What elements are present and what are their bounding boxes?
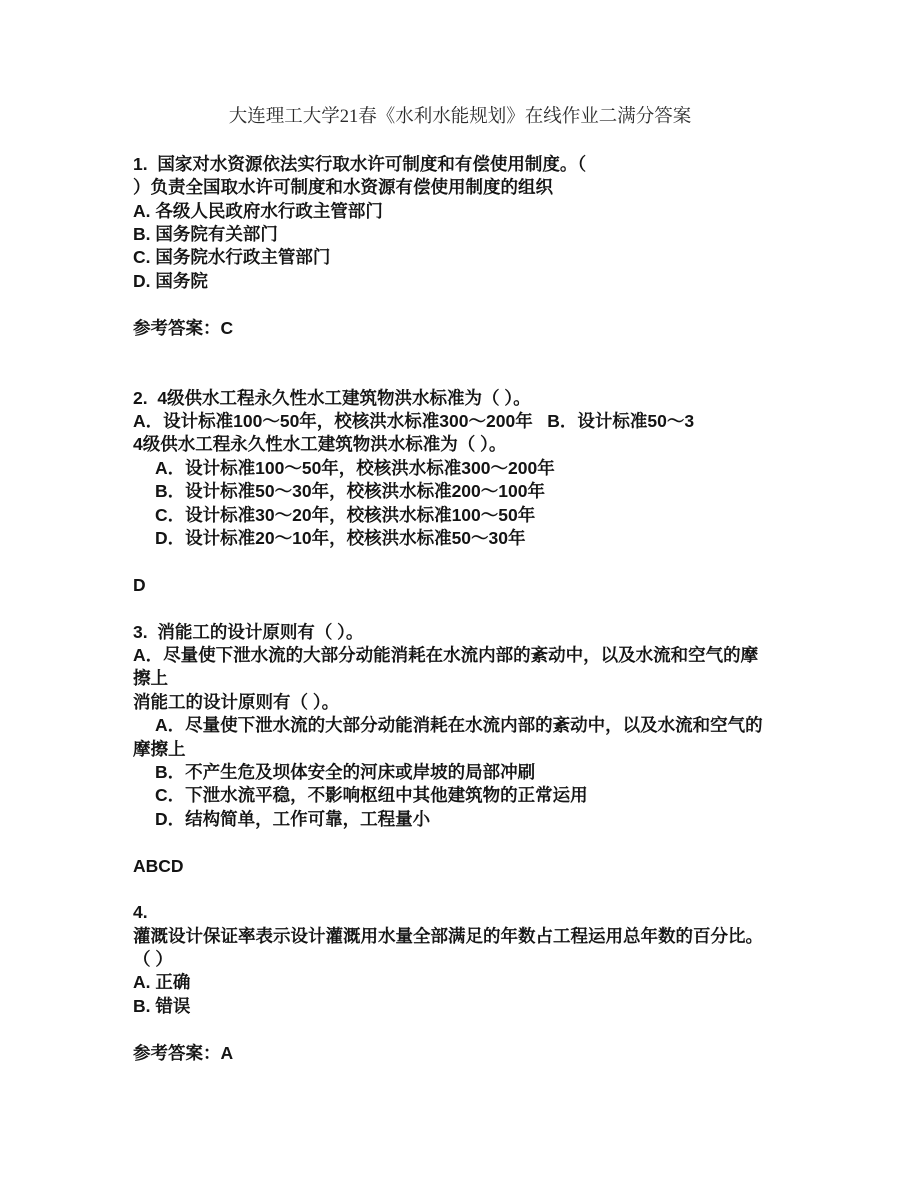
document-body: 1. 国家对水资源依法实行取水许可制度和有偿使用制度。（）负责全国取水许可制度和… xyxy=(0,153,920,1065)
text-line: A. 正确 xyxy=(133,971,830,994)
text-line: A．尽量使下泄水流的大部分动能消耗在水流内部的紊动中，以及水流和空气的 xyxy=(133,714,830,737)
text-line: C. 国务院水行政主管部门 xyxy=(133,246,830,269)
text-line: D xyxy=(133,574,830,597)
text-line: 4. xyxy=(133,901,830,924)
text-line: 4级供水工程永久性水工建筑物洪水标准为（ ）。 xyxy=(133,433,830,456)
text-line: A．设计标准100～50年，校核洪水标准300～200年 xyxy=(133,457,830,480)
text-line: （ ） xyxy=(133,948,830,971)
text-line: B．不产生危及坝体安全的河床或岸坡的局部冲刷 xyxy=(133,761,830,784)
document-title: 大连理工大学21春《水利水能规划》在线作业二满分答案 xyxy=(0,0,920,129)
text-line: B. 国务院有关部门 xyxy=(133,223,830,246)
text-line xyxy=(133,550,830,573)
text-line xyxy=(133,831,830,854)
text-line: 灌溉设计保证率表示设计灌溉用水量全部满足的年数占工程运用总年数的百分比。 xyxy=(133,925,830,948)
text-line: 参考答案：C xyxy=(133,317,830,340)
text-line: B. 错误 xyxy=(133,995,830,1018)
text-line: A. 各级人民政府水行政主管部门 xyxy=(133,200,830,223)
text-line: ）负责全国取水许可制度和水资源有偿使用制度的组织 xyxy=(133,176,830,199)
text-line xyxy=(133,1018,830,1041)
text-line: 2. 4级供水工程永久性水工建筑物洪水标准为（ ）。 xyxy=(133,387,830,410)
text-line xyxy=(133,878,830,901)
text-line xyxy=(133,340,830,363)
text-line: ABCD xyxy=(133,855,830,878)
document-page: 大连理工大学21春《水利水能规划》在线作业二满分答案 1. 国家对水资源依法实行… xyxy=(0,0,920,1191)
text-line xyxy=(133,293,830,316)
text-line: 3. 消能工的设计原则有（ ）。 xyxy=(133,621,830,644)
text-line: C．设计标准30～20年，校核洪水标准100～50年 xyxy=(133,504,830,527)
text-line: D．结构简单，工作可靠，工程量小 xyxy=(133,808,830,831)
text-line: 1. 国家对水资源依法实行取水许可制度和有偿使用制度。（ xyxy=(133,153,830,176)
text-line: D. 国务院 xyxy=(133,270,830,293)
text-line: A．尽量使下泄水流的大部分动能消耗在水流内部的紊动中，以及水流和空气的摩 xyxy=(133,644,830,667)
text-line: 擦上 xyxy=(133,667,830,690)
text-line: B．设计标准50～30年，校核洪水标准200～100年 xyxy=(133,480,830,503)
text-line xyxy=(133,363,830,386)
text-line: A．设计标准100～50年，校核洪水标准300～200年 B．设计标准50～3 xyxy=(133,410,830,433)
text-line xyxy=(133,597,830,620)
text-line: 消能工的设计原则有（ ）。 xyxy=(133,691,830,714)
text-line: 参考答案：A xyxy=(133,1042,830,1065)
text-line: 摩擦上 xyxy=(133,738,830,761)
text-line: D．设计标准20～10年，校核洪水标准50～30年 xyxy=(133,527,830,550)
text-line: C．下泄水流平稳，不影响枢纽中其他建筑物的正常运用 xyxy=(133,784,830,807)
